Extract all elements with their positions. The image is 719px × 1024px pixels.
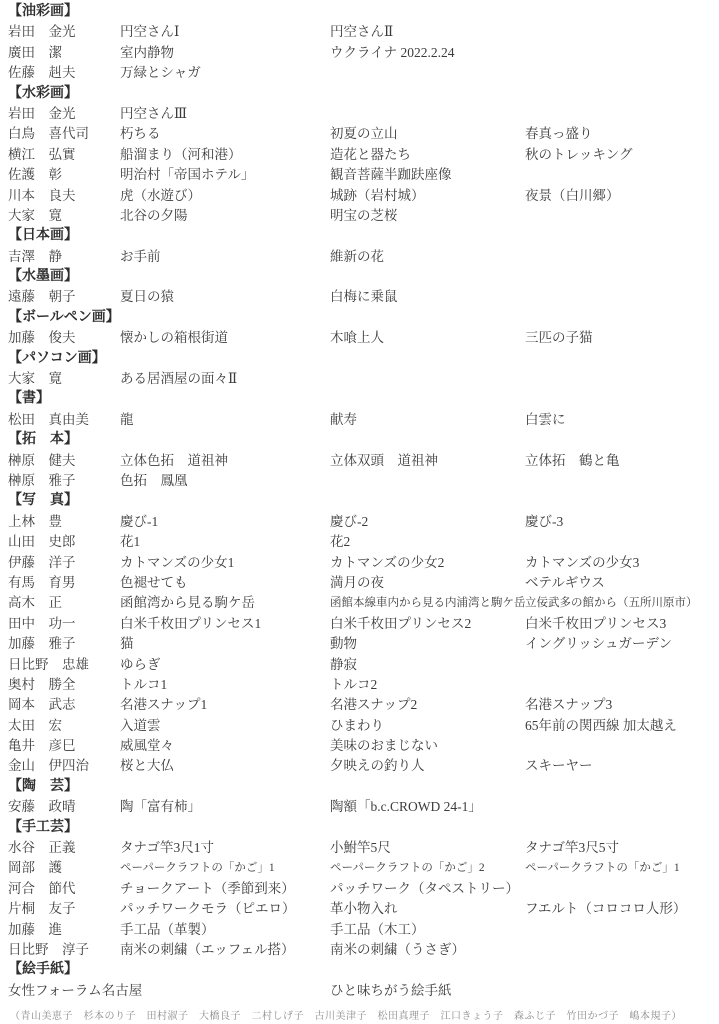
artwork-row: 吉澤 静お手前維新の花 [8, 247, 719, 267]
work-title: 65年前の関西線 加太越え [525, 716, 677, 736]
artwork-row: 女性フォーラム名古屋ひと味ちがう絵手紙 [8, 981, 719, 1001]
work-title: 初夏の立山 [330, 124, 398, 144]
artwork-row: 高木 正函館湾から見る駒ケ岳函館本線車内から見る内浦湾と駒ケ岳立佞武多の館から（… [8, 593, 719, 613]
artist-name: 上林 豊 [8, 512, 62, 532]
artist-name: 水谷 正義 [8, 838, 76, 858]
work-title: ひと味ちがう絵手紙 [330, 981, 452, 1001]
work-title: 小鮒竿5尺 [330, 838, 391, 858]
artist-name: 榊原 雅子 [8, 471, 76, 491]
work-title: 威風堂々 [120, 736, 174, 756]
work-title: 函館本線車内から見る内浦湾と駒ケ岳 [330, 593, 526, 613]
section-header: 【水彩画】 [8, 84, 78, 104]
artwork-row: 廣田 潔室内静物ウクライナ 2022.2.24 [8, 43, 719, 63]
work-title: 動物 [330, 634, 357, 654]
artwork-row: 加藤 俊夫懐かしの箱根街道木喰上人三匹の子猫 [8, 328, 719, 348]
artwork-row: 遠藤 朝子夏日の猿白梅に乗鼠 [8, 287, 719, 307]
artist-name: 安藤 政晴 [8, 797, 76, 817]
work-title: ベテルギウス [525, 573, 605, 593]
work-title: 白米千枚田プリンセス3 [525, 614, 666, 634]
work-title: ペーパークラフトの「かご」1 [525, 858, 680, 878]
artist-name: 河合 節代 [8, 879, 76, 899]
work-title: タナゴ竿3尺5寸 [525, 838, 619, 858]
work-title: トルコ1 [120, 675, 167, 695]
artist-name: 田中 功一 [8, 614, 76, 634]
section-header: 【写 真】 [8, 491, 78, 511]
section-header: 【水墨画】 [8, 267, 78, 287]
work-title: カトマンズの少女3 [525, 553, 639, 573]
work-title: 朽ちる [120, 124, 161, 144]
work-title: 名港スナップ2 [330, 695, 417, 715]
work-title: ゆらぎ [120, 655, 161, 675]
artwork-row: 太田 宏入道雲ひまわり65年前の関西線 加太越え [8, 716, 719, 736]
section-header: 【拓 本】 [8, 430, 78, 450]
work-title: 明治村「帝国ホテル」 [120, 165, 254, 185]
work-title: 懐かしの箱根街道 [120, 328, 228, 348]
work-title: 陶額「b.c.CROWD 24-1」 [330, 797, 482, 817]
section-header: 【手工芸】 [8, 818, 78, 838]
work-title: 陶「富有柿」 [120, 797, 201, 817]
work-title: 秋のトレッキング [525, 145, 632, 165]
artwork-row: 大家 寛北谷の夕陽明宝の芝桜 [8, 206, 719, 226]
work-title: 虎（水遊び） [120, 186, 201, 206]
work-title: 献寿 [330, 410, 357, 430]
work-title: 円空さんⅠ [120, 22, 179, 42]
section-header: 【パソコン画】 [8, 349, 106, 369]
work-title: パッチワーク（タペストリー） [330, 879, 519, 899]
artist-name: 日比野 淳子 [8, 940, 89, 960]
work-title: 白梅に乗鼠 [330, 287, 398, 307]
artist-name: 山田 史郎 [8, 532, 76, 552]
artwork-row: 川本 良夫虎（水遊び）城跡（岩村城）夜景（白川郷） [8, 186, 719, 206]
artwork-row: 伊藤 洋子カトマンズの少女1カトマンズの少女2カトマンズの少女3 [8, 553, 719, 573]
artist-name: 高木 正 [8, 593, 62, 613]
artwork-row: 亀井 彦巳威風堂々美味のおまじない [8, 736, 719, 756]
work-title: 木喰上人 [330, 328, 384, 348]
work-title: 白雲に [525, 410, 566, 430]
artwork-row: 金山 伊四治桜と大仏夕映えの釣り人スキーヤー [8, 756, 719, 776]
work-title: 南米の刺繍（エッフェル搭） [120, 940, 295, 960]
work-title: チョークアート（季節到来） [120, 879, 295, 899]
artist-name: 大家 寛 [8, 369, 62, 389]
work-title: 猫 [120, 634, 134, 654]
work-title: 静寂 [330, 655, 357, 675]
exhibition-artwork-list: 【油彩画】岩田 金光円空さんⅠ円空さんⅡ廣田 潔室内静物ウクライナ 2022.2… [0, 0, 719, 1001]
work-title: 手工品（革製） [120, 920, 215, 940]
work-title: 満月の夜 [330, 573, 384, 593]
artist-name: 廣田 潔 [8, 43, 62, 63]
artist-name: 松田 真由美 [8, 410, 89, 430]
section-row: 【絵手紙】 [8, 960, 719, 980]
artwork-row: 上林 豊慶び-1慶び-2慶び-3 [8, 512, 719, 532]
artwork-row: 加藤 進手工品（革製）手工品（木工） [8, 920, 719, 940]
artist-name: 岩田 金光 [8, 22, 76, 42]
work-title: 名港スナップ1 [120, 695, 207, 715]
section-header: 【油彩画】 [8, 2, 78, 22]
artist-name: 岩田 金光 [8, 104, 76, 124]
work-title: 立佞武多の館から（五所川原市） [525, 593, 698, 613]
artist-name: 白鳥 喜代司 [8, 124, 89, 144]
work-title: 円空さんⅡ [330, 22, 393, 42]
work-title: 白米千枚田プリンセス1 [120, 614, 261, 634]
section-row: 【水彩画】 [8, 84, 719, 104]
artwork-row: 岡部 護ペーパークラフトの「かご」1ペーパークラフトの「かご」2ペーパークラフト… [8, 858, 719, 878]
section-row: 【パソコン画】 [8, 349, 719, 369]
work-title: 花1 [120, 532, 140, 552]
section-row: 【日本画】 [8, 226, 719, 246]
work-title: お手前 [120, 247, 161, 267]
work-title: 立体色拓 道祖神 [120, 451, 228, 471]
work-title: 花2 [330, 532, 350, 552]
artwork-row: 奥村 勝全トルコ1トルコ2 [8, 675, 719, 695]
artwork-row: 日比野 淳子南米の刺繍（エッフェル搭）南米の刺繍（うさぎ） [8, 940, 719, 960]
work-title: 維新の花 [330, 247, 384, 267]
work-title: 明宝の芝桜 [330, 206, 398, 226]
section-row: 【写 真】 [8, 491, 719, 511]
artwork-row: 白鳥 喜代司朽ちる初夏の立山春真っ盛り [8, 124, 719, 144]
section-header: 【日本画】 [8, 226, 78, 246]
work-title: 美味のおまじない [330, 736, 438, 756]
work-title: カトマンズの少女1 [120, 553, 234, 573]
artwork-row: 岩田 金光円空さんⅢ [8, 104, 719, 124]
work-title: 船溜まり（河和港） [120, 145, 242, 165]
artwork-row: 松田 真由美龍献寿白雲に [8, 410, 719, 430]
work-title: フエルト（コロコロ人形） [525, 899, 686, 919]
artwork-row: 佐護 彰明治村「帝国ホテル」観音菩薩半跏趺座像 [8, 165, 719, 185]
work-title: 三匹の子猫 [525, 328, 593, 348]
work-title: ひまわり [330, 716, 384, 736]
artist-name: 吉澤 静 [8, 247, 62, 267]
work-title: スキーヤー [525, 756, 593, 776]
section-row: 【陶 芸】 [8, 777, 719, 797]
work-title: 革小物入れ [330, 899, 398, 919]
work-title: 立体双頭 道祖神 [330, 451, 438, 471]
section-header: 【書】 [8, 389, 50, 409]
artwork-row: 田中 功一白米千枚田プリンセス1白米千枚田プリンセス2白米千枚田プリンセス3 [8, 614, 719, 634]
work-title: 入道雲 [120, 716, 161, 736]
artwork-row: 片桐 友子パッチワークモラ（ピエロ）革小物入れフエルト（コロコロ人形） [8, 899, 719, 919]
work-title: ペーパークラフトの「かご」1 [120, 858, 275, 878]
work-title: 名港スナップ3 [525, 695, 612, 715]
artist-name: 亀井 彦巳 [8, 736, 76, 756]
section-row: 【水墨画】 [8, 267, 719, 287]
artwork-row: 水谷 正義タナゴ竿3尺1寸小鮒竿5尺タナゴ竿3尺5寸 [8, 838, 719, 858]
artist-name: 太田 宏 [8, 716, 62, 736]
work-title: 万緑とシャガ [120, 63, 201, 83]
artist-name: 金山 伊四治 [8, 756, 89, 776]
artwork-row: 岩田 金光円空さんⅠ円空さんⅡ [8, 22, 719, 42]
work-title: 色褪せても [120, 573, 188, 593]
work-title: カトマンズの少女2 [330, 553, 444, 573]
section-header: 【陶 芸】 [8, 777, 78, 797]
artist-name: 遠藤 朝子 [8, 287, 76, 307]
work-title: 北谷の夕陽 [120, 206, 188, 226]
artwork-row: 榊原 雅子色拓 鳳凰 [8, 471, 719, 491]
artist-name: 日比野 忠雄 [8, 655, 89, 675]
work-title: 夏日の猿 [120, 287, 174, 307]
work-title: 色拓 鳳凰 [120, 471, 188, 491]
section-row: 【ボールペン画】 [8, 308, 719, 328]
work-title: 慶び-2 [330, 512, 368, 532]
artist-name: 岡本 武志 [8, 695, 76, 715]
work-title: 立体拓 鶴と亀 [525, 451, 620, 471]
artist-name: 加藤 進 [8, 920, 62, 940]
artwork-row: 有馬 育男色褪せても満月の夜ベテルギウス [8, 573, 719, 593]
artist-name: 伊藤 洋子 [8, 553, 76, 573]
artwork-row: 横江 弘實船溜まり（河和港）造花と器たち秋のトレッキング [8, 145, 719, 165]
section-row: 【拓 本】 [8, 430, 719, 450]
section-header: 【絵手紙】 [8, 960, 78, 980]
work-title: 慶び-3 [525, 512, 563, 532]
artwork-row: 佐藤 赳夫万緑とシャガ [8, 63, 719, 83]
artwork-row: 日比野 忠雄ゆらぎ静寂 [8, 655, 719, 675]
artist-name: 川本 良夫 [8, 186, 76, 206]
artwork-row: 大家 寛ある居酒屋の面々Ⅱ [8, 369, 719, 389]
work-title: トルコ2 [330, 675, 377, 695]
artist-name: 奥村 勝全 [8, 675, 76, 695]
work-title: 夕映えの釣り人 [330, 756, 425, 776]
artist-name: 佐護 彰 [8, 165, 62, 185]
work-title: ある居酒屋の面々Ⅱ [120, 369, 237, 389]
work-title: 春真っ盛り [525, 124, 593, 144]
section-row: 【手工芸】 [8, 818, 719, 838]
artist-name: 佐藤 赳夫 [8, 63, 76, 83]
artist-name: 有馬 育男 [8, 573, 76, 593]
work-title: 夜景（白川郷） [525, 186, 620, 206]
work-title: 龍 [120, 410, 134, 430]
section-row: 【油彩画】 [8, 2, 719, 22]
work-title: 南米の刺繍（うさぎ） [330, 940, 465, 960]
work-title: 造花と器たち [330, 145, 411, 165]
participants-note: （青山美恵子 杉本のり子 田村淑子 大橋良子 二村しげ子 古川美津子 松田真理子… [0, 1001, 719, 1022]
artist-name: 加藤 雅子 [8, 634, 76, 654]
work-title: 函館湾から見る駒ケ岳 [120, 593, 255, 613]
work-title: 白米千枚田プリンセス2 [330, 614, 471, 634]
artwork-row: 加藤 雅子猫動物イングリッシュガーデン [8, 634, 719, 654]
artist-name: 片桐 友子 [8, 899, 76, 919]
work-title: イングリッシュガーデン [525, 634, 672, 654]
work-title: パッチワークモラ（ピエロ） [120, 899, 296, 919]
artist-name: 榊原 健夫 [8, 451, 76, 471]
artist-name: 加藤 俊夫 [8, 328, 76, 348]
artist-name: 岡部 護 [8, 858, 62, 878]
work-title: 城跡（岩村城） [330, 186, 425, 206]
artwork-row: 安藤 政晴陶「富有柿」陶額「b.c.CROWD 24-1」 [8, 797, 719, 817]
work-title: 桜と大仏 [120, 756, 174, 776]
work-title: ウクライナ 2022.2.24 [330, 43, 454, 63]
artist-name: 横江 弘實 [8, 145, 76, 165]
work-title: 観音菩薩半跏趺座像 [330, 165, 452, 185]
work-title: 手工品（木工） [330, 920, 425, 940]
work-title: タナゴ竿3尺1寸 [120, 838, 214, 858]
section-header: 【ボールペン画】 [8, 308, 120, 328]
work-title: 円空さんⅢ [120, 104, 187, 124]
artwork-row: 山田 史郎花1花2 [8, 532, 719, 552]
artwork-row: 岡本 武志名港スナップ1名港スナップ2名港スナップ3 [8, 695, 719, 715]
work-title: 慶び-1 [120, 512, 158, 532]
artwork-row: 榊原 健夫立体色拓 道祖神立体双頭 道祖神立体拓 鶴と亀 [8, 451, 719, 471]
work-title: ペーパークラフトの「かご」2 [330, 858, 485, 878]
section-row: 【書】 [8, 389, 719, 409]
work-title: 室内静物 [120, 43, 174, 63]
artist-name: 女性フォーラム名古屋 [8, 981, 142, 1001]
artist-name: 大家 寛 [8, 206, 62, 226]
artwork-row: 河合 節代チョークアート（季節到来）パッチワーク（タペストリー） [8, 879, 719, 899]
